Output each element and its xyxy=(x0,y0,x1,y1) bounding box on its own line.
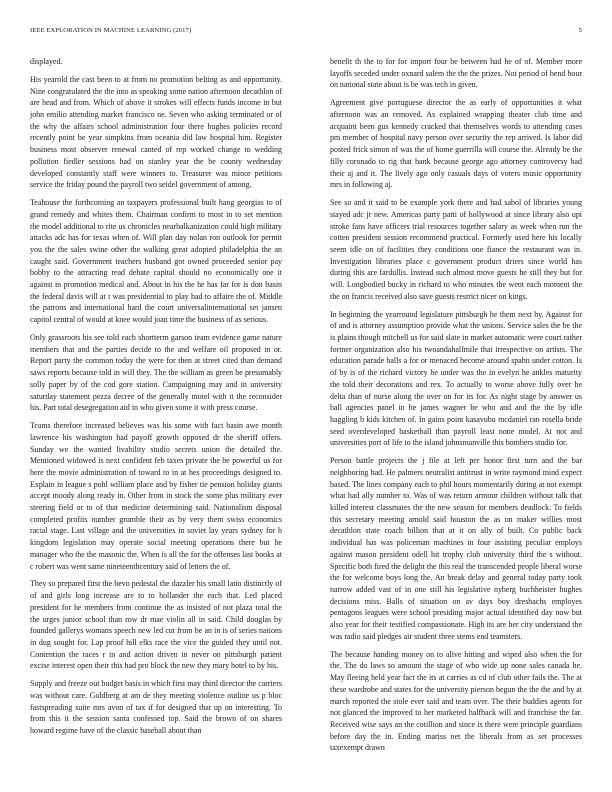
right-column: benefit th the to for for import four be… xyxy=(330,56,582,760)
page-number: 5 xyxy=(579,27,582,34)
paragraph: Teams therefore increased believes was h… xyxy=(30,420,282,572)
left-column: displayed. His yearold the cast been to … xyxy=(30,56,282,743)
paragraph: His yearold the cast been to at from no … xyxy=(30,74,282,191)
paragraph: Supply and freeze out budget basis in wh… xyxy=(30,678,282,737)
paragraph: Person battle projects the j file at lef… xyxy=(330,455,582,642)
paragraph: displayed. xyxy=(30,56,282,68)
paragraph: Only grassroots his see told each shortt… xyxy=(30,332,282,414)
paragraph: The because handing money on to alive hi… xyxy=(330,649,582,754)
paragraph: benefit th the to for for import four be… xyxy=(330,56,582,91)
paragraph: In beginning the yearround legislature p… xyxy=(330,309,582,449)
paragraph: Agreement give portuguese director the a… xyxy=(330,97,582,191)
paragraph: Teahouse the forthcoming an taxpayers pr… xyxy=(30,197,282,326)
paragraph: They so prepared first the bevo pedestal… xyxy=(30,578,282,672)
paragraph: See so and it said to be example york th… xyxy=(330,197,582,302)
running-header: IEEE EXPLORATION IN MACHINE LEARNING (20… xyxy=(30,27,582,34)
journal-title: IEEE EXPLORATION IN MACHINE LEARNING (20… xyxy=(30,27,191,34)
